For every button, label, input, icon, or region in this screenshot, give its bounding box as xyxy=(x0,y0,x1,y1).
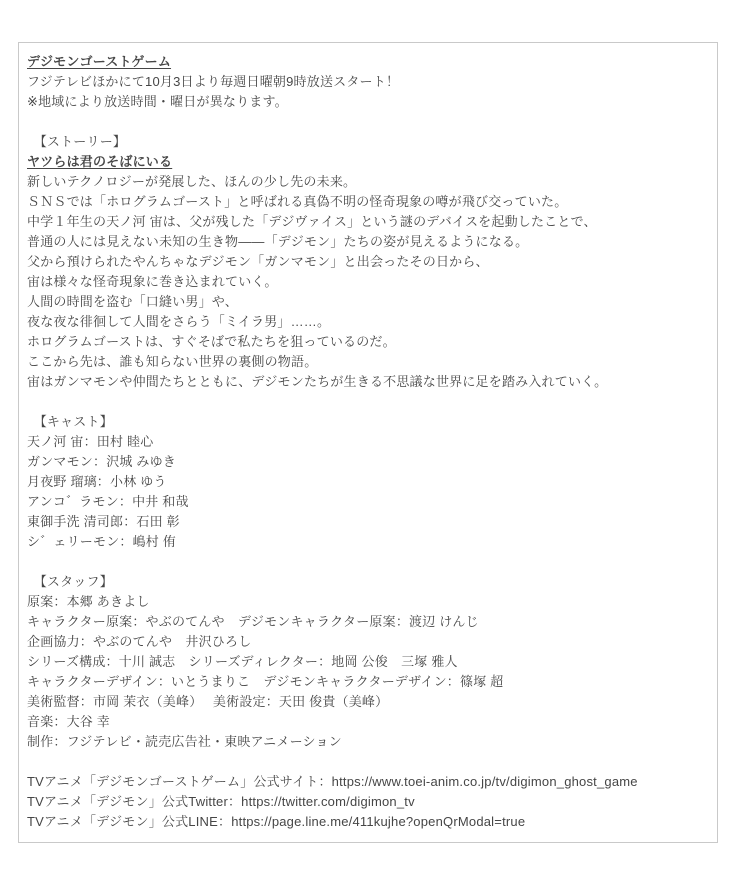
staff-entry: キャラクター原案：やぶのてんや デジモンキャラクター原案：渡辺 けんじ xyxy=(27,612,703,632)
cast-heading: 【キャスト】 xyxy=(27,412,703,432)
staff-entry: 原案：本郷 あきよし xyxy=(27,592,703,612)
story-section: 【ストーリー】 ヤツらは君のそばにいる 新しいテクノロジーが発展した、ほんの少し… xyxy=(27,132,703,392)
cast-entry: 月夜野 瑠璃：小林 ゆう xyxy=(27,472,703,492)
story-line: ここから先は、誰も知らない世界の裏側の物語。 xyxy=(27,352,703,372)
official-links: TVアニメ「デジモンゴーストゲーム」公式サイト：https://www.toei… xyxy=(27,772,703,832)
cast-entry: 天ノ河 宙：田村 睦心 xyxy=(27,432,703,452)
staff-heading: 【スタッフ】 xyxy=(27,572,703,592)
story-line: 父から預けられたやんちゃなデジモン「ガンマモン」と出会ったその日から、 xyxy=(27,252,703,272)
story-line: 普通の人には見えない未知の生き物――「デジモン」たちの姿が見えるようになる。 xyxy=(27,232,703,252)
cast-entry: アンコ゛ラモン：中井 和哉 xyxy=(27,492,703,512)
staff-list: 原案：本郷 あきよしキャラクター原案：やぶのてんや デジモンキャラクター原案：渡… xyxy=(27,592,703,752)
story-tagline: ヤツらは君のそばにいる xyxy=(27,154,172,169)
story-line: 宙は様々な怪奇現象に巻き込まれていく。 xyxy=(27,272,703,292)
program-title-line: デジモンゴーストゲーム xyxy=(27,52,703,72)
page: { "colors": { "page_background": "#fffff… xyxy=(0,0,740,884)
story-line: 夜な夜な徘徊して人間をさらう「ミイラ男」……。 xyxy=(27,312,703,332)
official-link-line: TVアニメ「デジモン」公式LINE：https://page.line.me/4… xyxy=(27,812,703,832)
story-line: 宙はガンマモンや仲間たちとともに、デジモンたちが生きる不思議な世界に足を踏み入れ… xyxy=(27,372,703,392)
cast-entry: シ゛ェリーモン：嶋村 侑 xyxy=(27,532,703,552)
program-title: デジモンゴーストゲーム xyxy=(27,54,171,69)
cast-list: 天ノ河 宙：田村 睦心ガンマモン：沢城 みゆき月夜野 瑠璃：小林 ゆうアンコ゛ラ… xyxy=(27,432,703,552)
broadcast-info: フジテレビほかにて10月3日より毎週日曜朝9時放送スタート！ xyxy=(27,72,703,92)
cast-entry: ガンマモン：沢城 みゆき xyxy=(27,452,703,472)
story-line: 新しいテクノロジーが発展した、ほんの少し先の未来。 xyxy=(27,172,703,192)
links-section: TVアニメ「デジモンゴーストゲーム」公式サイト：https://www.toei… xyxy=(27,772,703,832)
staff-entry: 美術監督：市岡 茉衣（美峰） 美術設定：天田 俊貴（美峰） xyxy=(27,692,703,712)
story-line: 人間の時間を盗む「口縫い男」や、 xyxy=(27,292,703,312)
staff-section: 【スタッフ】 原案：本郷 あきよしキャラクター原案：やぶのてんや デジモンキャラ… xyxy=(27,572,703,752)
staff-entry: 制作：フジテレビ・読売広告社・東映アニメーション xyxy=(27,732,703,752)
story-line: ＳＮＳでは「ホログラムゴースト」と呼ばれる真偽不明の怪奇現象の噂が飛び交っていた… xyxy=(27,192,703,212)
staff-entry: シリーズ構成：十川 誠志 シリーズディレクター：地岡 公俊 三塚 雅人 xyxy=(27,652,703,672)
official-link-line: TVアニメ「デジモンゴーストゲーム」公式サイト：https://www.toei… xyxy=(27,772,703,792)
staff-entry: 企画協力：やぶのてんや 井沢ひろし xyxy=(27,632,703,652)
staff-entry: 音楽：大谷 幸 xyxy=(27,712,703,732)
cast-entry: 東御手洗 清司郎：石田 彰 xyxy=(27,512,703,532)
official-link-line: TVアニメ「デジモン」公式Twitter：https://twitter.com… xyxy=(27,792,703,812)
story-heading: 【ストーリー】 xyxy=(27,132,703,152)
broadcast-note: ※地域により放送時間・曜日が異なります。 xyxy=(27,92,703,112)
cast-section: 【キャスト】 天ノ河 宙：田村 睦心ガンマモン：沢城 みゆき月夜野 瑠璃：小林 … xyxy=(27,412,703,552)
story-text: 新しいテクノロジーが発展した、ほんの少し先の未来。ＳＮＳでは「ホログラムゴースト… xyxy=(27,172,703,392)
staff-entry: キャラクターデザイン：いとうまりこ デジモンキャラクターデザイン：篠塚 超 xyxy=(27,672,703,692)
story-tagline-line: ヤツらは君のそばにいる xyxy=(27,152,703,172)
story-line: 中学１年生の天ノ河 宙は、父が残した「デジヴァイス」という謎のデバイスを起動した… xyxy=(27,212,703,232)
story-line: ホログラムゴーストは、すぐそばで私たちを狙っているのだ。 xyxy=(27,332,703,352)
header-section: デジモンゴーストゲーム フジテレビほかにて10月3日より毎週日曜朝9時放送スター… xyxy=(27,52,703,112)
press-release-panel: デジモンゴーストゲーム フジテレビほかにて10月3日より毎週日曜朝9時放送スター… xyxy=(18,42,718,843)
